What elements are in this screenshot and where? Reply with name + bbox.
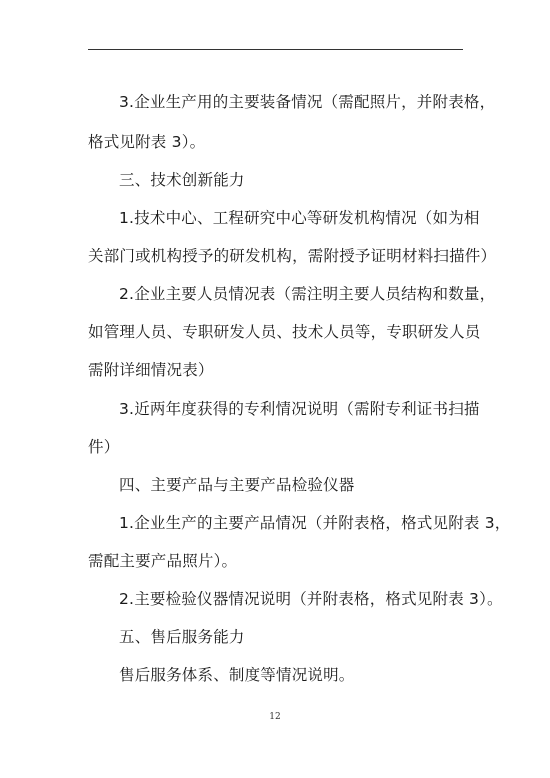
header-rule xyxy=(88,49,463,50)
paragraph-line: 需配主要产品照片）。 xyxy=(88,551,468,571)
section-heading: 三、技术创新能力 xyxy=(119,170,499,190)
paragraph-line: 1.企业生产的主要产品情况（并附表格，格式见附表 3， xyxy=(119,513,499,533)
page-number: 12 xyxy=(0,712,550,722)
section-heading: 四、主要产品与主要产品检验仪器 xyxy=(119,475,499,495)
paragraph-line: 如管理人员、专职研发人员、技术人员等，专职研发人员 xyxy=(88,322,468,342)
paragraph-line: 格式见附表 3）。 xyxy=(88,132,468,152)
paragraph-line: 售后服务体系、制度等情况说明。 xyxy=(119,665,499,685)
paragraph-line: 2.主要检验仪器情况说明（并附表格，格式见附表 3）。 xyxy=(119,589,499,609)
section-heading: 五、售后服务能力 xyxy=(119,627,499,647)
paragraph-line: 关部门或机构授予的研发机构，需附授予证明材料扫描件） xyxy=(88,246,468,266)
paragraph-line: 3.近两年度获得的专利情况说明（需附专利证书扫描 xyxy=(119,399,499,419)
paragraph-line: 件） xyxy=(88,437,468,457)
paragraph-line: 1.技术中心、工程研究中心等研发机构情况（如为相 xyxy=(119,208,499,228)
paragraph-line: 3.企业生产用的主要装备情况（需配照片，并附表格， xyxy=(119,92,499,112)
paragraph-line: 需附详细情况表） xyxy=(88,360,468,380)
paragraph-line: 2.企业主要人员情况表（需注明主要人员结构和数量， xyxy=(119,284,499,304)
